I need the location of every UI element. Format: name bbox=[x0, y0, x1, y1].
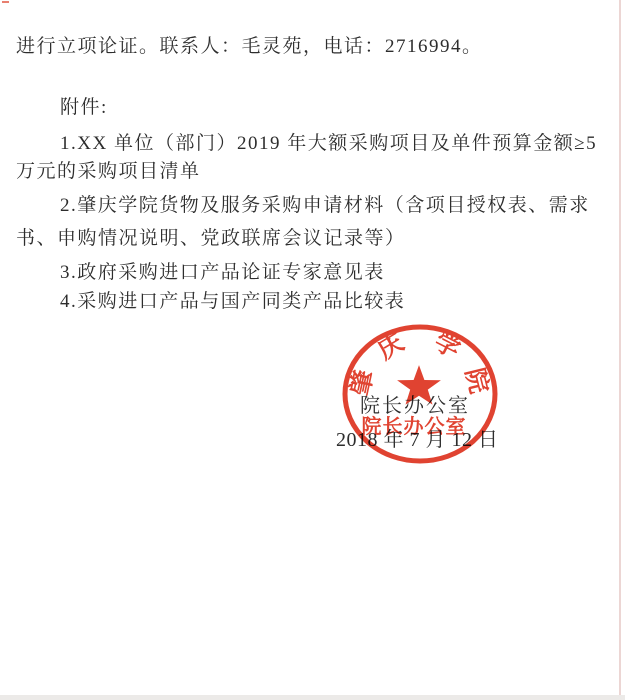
attachment-item-1b: 万元的采购项目清单 bbox=[16, 161, 201, 183]
official-seal: 肇 庆 学 院 院长办公室 bbox=[333, 307, 507, 481]
scan-edge-bottom bbox=[0, 695, 625, 700]
attachment-item-2a: 2.肇庆学院货物及服务采购申请材料（含项目授权表、需求 bbox=[60, 195, 590, 217]
scan-artifact-topleft bbox=[2, 1, 9, 3]
attachment-item-3: 3.政府采购进口产品论证专家意见表 bbox=[60, 262, 385, 284]
attachments-label: 附件: bbox=[60, 97, 108, 119]
seal-star bbox=[397, 365, 441, 405]
scan-edge-right bbox=[619, 0, 621, 700]
seal-arc-char-4: 院 bbox=[460, 365, 493, 396]
document-page: 进行立项论证。联系人：毛灵苑，电话：2716994。 附件: 1.XX 单位（部… bbox=[0, 0, 625, 700]
attachment-item-2b: 书、申购情况说明、党政联席会议记录等） bbox=[16, 228, 406, 250]
attachment-item-1a: 1.XX 单位（部门）2019 年大额采购项目及单件预算金额≥5 bbox=[60, 133, 597, 155]
body-line-contact: 进行立项论证。联系人：毛灵苑，电话：2716994。 bbox=[16, 36, 483, 58]
seal-arc-char-2: 庆 bbox=[372, 327, 408, 365]
seal-bottom-text: 院长办公室 bbox=[362, 414, 467, 438]
seal-arc-char-3: 学 bbox=[430, 327, 465, 363]
